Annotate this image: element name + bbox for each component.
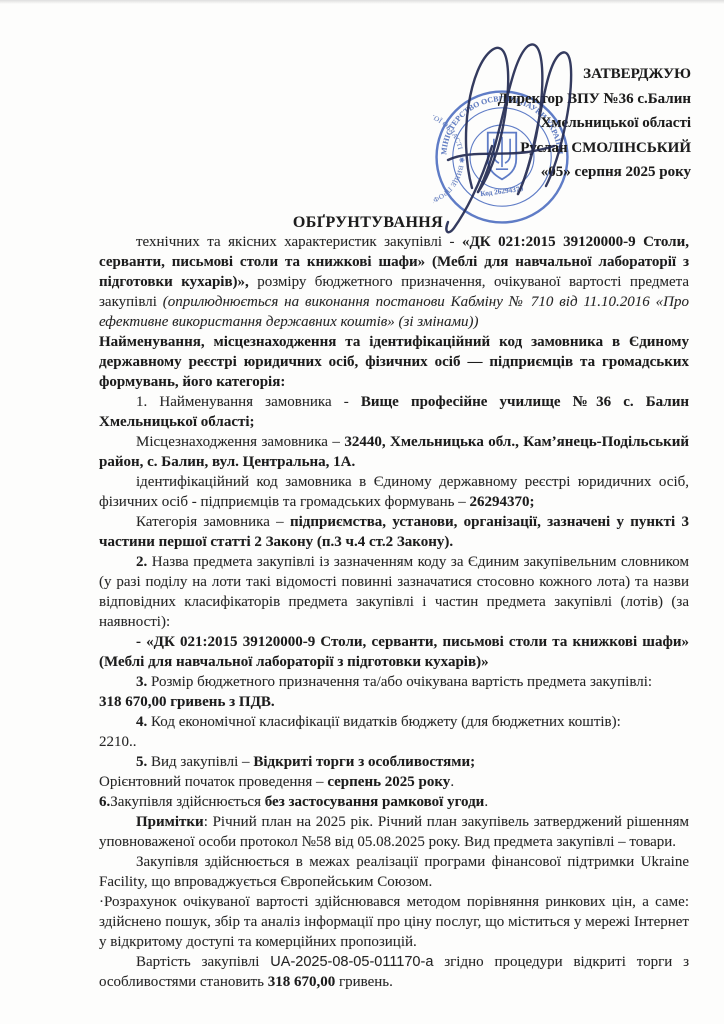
text-segment: Категорія замовника – [136,514,290,530]
text-segment: Назва предмета закупівлі із зазначенням … [99,554,689,630]
item-3-budget: 3. Розмір бюджетного призначення та/або … [99,672,689,692]
text-segment: . [450,774,454,790]
item-1-name: 1. Найменування замовника - Вище професі… [99,392,689,432]
item-1-location: Місцезнаходження замовника – 32440, Хмел… [99,432,689,472]
text-segment: UA-2025-08-05-011170-а [270,954,433,970]
text-segment: 2. [136,554,147,570]
item-4-kekv-value: 2210.. [99,732,689,752]
text-segment: серпень 2025 року [327,774,450,790]
text-segment: 26294370; [470,494,535,510]
director-signature [428,36,606,244]
signature-stroke [448,146,554,160]
text-segment: без застосування рамкової угоди [265,794,485,810]
text-segment: Примітки [136,814,204,830]
text-segment: гривень. [335,974,393,990]
text-segment: Розмір бюджетного призначення та/або очі… [147,674,652,690]
text-segment: Вартість закупівлі [136,954,270,970]
scan-artifact-top-edge [0,0,724,4]
intro-paragraph: технічних та якісних характеристик закуп… [99,232,689,332]
text-segment: 1. Найменування замовника - [136,394,361,410]
item-5-type: 5. Вид закупівлі – Відкриті торги з особ… [99,752,689,772]
text-segment: 2210.. [99,734,137,750]
text-segment: 318 670,00 гривень з ПДВ. [99,694,275,710]
text-segment: (оприлюднюється на виконання постанови К… [99,294,689,330]
text-segment: Закупівля здійснюється в межах реалізаці… [99,854,689,890]
item-1-category: Категорія замовника – підприємства, уста… [99,512,689,552]
text-segment: 6. [99,794,110,810]
item-2-subject-value: - «ДК 021:2015 39120000-9 Столи, сервант… [99,632,689,672]
text-segment: Закупівля здійснюється [110,794,264,810]
text-segment: технічних та якісних характеристик закуп… [136,234,462,250]
text-segment: 3. [136,674,147,690]
ukraine-facility-paragraph: Закупівля здійснюється в межах реалізаці… [99,852,689,892]
procurement-value-paragraph: Вартість закупівлі UA-2025-08-05-011170-… [99,952,689,992]
text-segment: Орієнтовний початок проведення – [99,774,327,790]
text-segment: 4. [136,714,147,730]
item-1-id-code: ідентифікаційний код замовника в Єдиному… [99,472,689,512]
document-page: ЗАТВЕРДЖУЮ Директор ВПУ №36 с.Балин Хмел… [0,0,724,1024]
text-segment: Вид закупівлі – [147,754,253,770]
text-segment: Код економічної класифікації видатків бю… [147,714,621,730]
text-segment: Найменування, місцезнаходження та іденти… [99,334,689,390]
section-heading: Найменування, місцезнаходження та іденти… [99,332,689,392]
text-segment: 318 670,00 [268,974,336,990]
estimation-method-paragraph: ·Розрахунок очікуваної вартості здійснюв… [99,892,689,952]
signature-stroke [478,44,542,194]
text-segment: Місцезнаходження замовника – [136,434,344,450]
text-segment: 5. [136,754,147,770]
text-segment: Відкриті торги з особливостями; [253,754,475,770]
item-4-kekv: 4. Код економічної класифікації видатків… [99,712,689,732]
item-6-framework: 6.Закупівля здійснюється без застосуванн… [99,792,689,812]
item-3-budget-value: 318 670,00 гривень з ПДВ. [99,692,689,712]
document-body-column: ОБҐРУНТУВАННЯ технічних та якісних харак… [99,214,689,992]
text-segment: ідентифікаційний код замовника в Єдиному… [99,474,689,510]
notes-paragraph: Примітки: Річний план на 2025 рік. Річни… [99,812,689,852]
text-segment: . [484,794,488,810]
item-5-start: Орієнтовний початок проведення – серпень… [99,772,689,792]
item-2-subject: 2. Назва предмета закупівлі із зазначенн… [99,552,689,632]
signature-stroke [518,52,571,194]
text-segment: - «ДК 021:2015 39120000-9 Столи, сервант… [99,634,689,670]
document-body: технічних та якісних характеристик закуп… [99,232,689,992]
text-segment: ·Розрахунок очікуваної вартості здійснюв… [99,894,689,950]
